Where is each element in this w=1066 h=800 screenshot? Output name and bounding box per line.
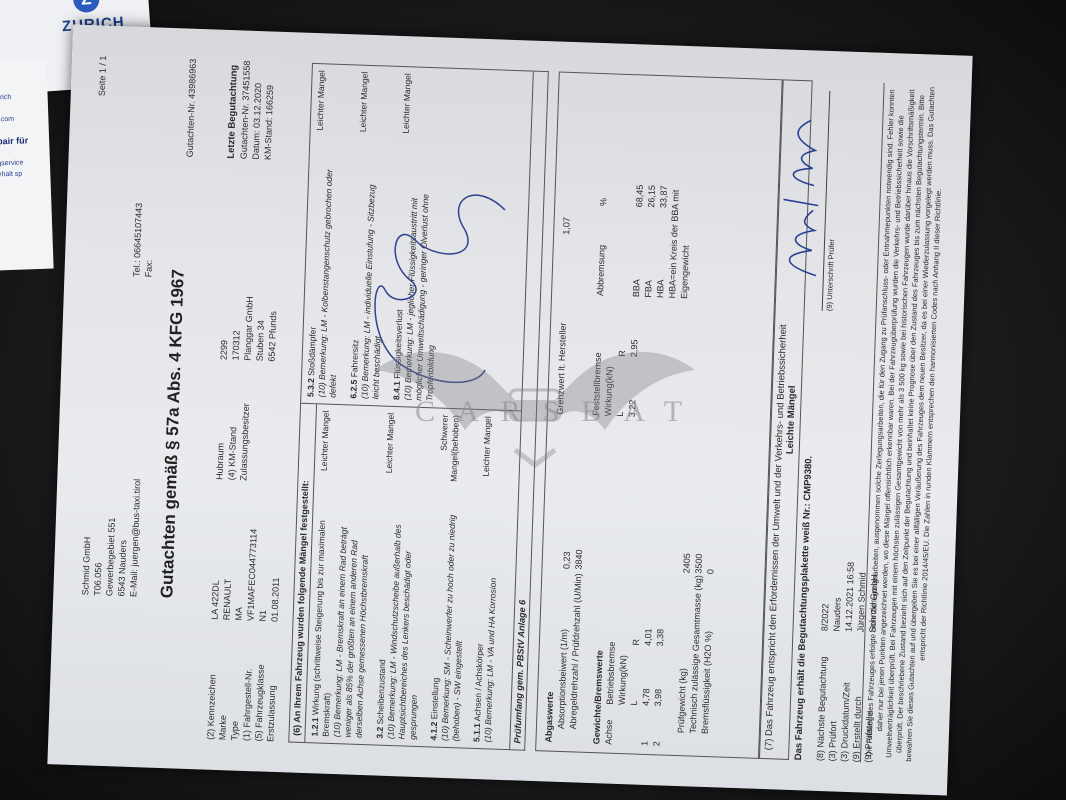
defect-severity: Leichter Mangel <box>357 72 393 158</box>
company-address: Schmid GmbH T06.056 Gewerbegebiet 551 65… <box>79 477 143 597</box>
defect-code: 5.1.1 <box>471 723 482 742</box>
defect-title: Einstellung <box>429 678 440 720</box>
defect-item: 4.1.2 Einstellung(10) Bemerkung: SM - Sc… <box>428 415 472 742</box>
defect-severity: Leichter Mangel <box>400 73 447 159</box>
signature-icon <box>771 99 832 281</box>
page-number: Seite 1 / 1 <box>97 55 108 96</box>
brake-right-value: 3,38 <box>654 586 668 646</box>
defect-item: 5.3.2 Stoßdämpfer(10) Bemerkung: LM - Ko… <box>305 70 349 398</box>
vehicle-values: LA 422DL RENAULT MA VF1MAFEC044773114 N1… <box>209 500 285 622</box>
measurements-left: Abgaswerte Absorptionsbeiwert (1/m)0,23 … <box>542 434 763 749</box>
defect-code: 5.3.2 <box>305 378 316 397</box>
limit-value: 1,07 <box>560 217 573 235</box>
rpm-value: 3840 <box>572 509 586 569</box>
defect-code: 3.2 <box>374 727 384 739</box>
defect-remark: (10) Bemerkung: LM - Kolbenstangenschutz… <box>316 169 338 398</box>
defect-code: 6.2.5 <box>348 379 359 398</box>
signature-area: (9) Unterschrift Prüfer <box>770 89 842 311</box>
defect-item: 8.4.1 Flüssigkeitsverlust(10) Bemerkung:… <box>391 73 446 401</box>
defect-remark: (10) Bemerkung: LM - VA und HA Korrosion <box>482 578 498 743</box>
defect-remark: (10) Bemerkung: SM - Scheinwerfer zu hoc… <box>439 515 463 742</box>
defect-code: 8.4.1 <box>391 381 402 400</box>
parking-brake-table: Feststellbremse Abbremsung % Wirkung(kN)… <box>590 82 698 419</box>
label-owner: Zulassungsbesitzer <box>237 381 252 481</box>
vehicle-values-2: 2299 170312 Planggar GmbH Stuben 34 6542… <box>218 260 293 362</box>
brake-left-value: 3,98 <box>652 646 666 706</box>
defect-code: 1.2.1 <box>309 717 320 736</box>
last-inspection-mileage: KM-Stand: 166259 <box>262 61 277 160</box>
defect-title: Stoßdämpfer <box>306 326 318 375</box>
defect-code: 4.1.2 <box>428 721 439 740</box>
defect-remark: (10) Bemerkung: LM - individuelle Einstu… <box>359 184 382 399</box>
limit-label: Grenzwert lt. Hersteller <box>554 234 572 414</box>
service-brake-table: Achse Betriebsbremse Wirkung(kN) LR 14,7… <box>602 436 673 746</box>
watermark-text: CARSBAT <box>415 395 704 429</box>
report-header: Seite 1 / 1 Schmid GmbH T06.056 Gewerbeg… <box>74 55 228 739</box>
label-first-registration: Erstzulassung <box>264 642 279 742</box>
defect-title: Fahrersitz <box>349 339 360 377</box>
defect-item: 5.1.1 Achsen / Achskörper(10) Bemerkung:… <box>471 416 504 743</box>
brake-fluid-value: 0 <box>704 514 718 574</box>
defects-left: (6) An Ihrem Fahrzeug wurden folgende Mä… <box>289 403 521 749</box>
defect-item: 3.2 Scheibenzustand(10) Bemerkung: LM - … <box>374 413 429 740</box>
axle-number: 2 <box>650 706 663 746</box>
zurich-logo-icon: Z <box>72 0 100 13</box>
defect-severity: Leichter Mangel <box>318 410 376 497</box>
defect-remark: (10) Bemerkung: LM - jeglicher Flüssigke… <box>402 194 436 402</box>
defect-item: 1.2.1 Wirkung (schrittweise Steigerung b… <box>309 410 375 738</box>
vehicle-labels-2: Hubraum (4) KM-Stand Zulassungsbesitzer <box>213 380 288 482</box>
defect-remark: (10) Bemerkung: LM - Bremskraft an einem… <box>331 527 369 738</box>
hba-note: HBA=ein Kreis der BBA mit Eigengewicht <box>666 148 695 299</box>
value-owner-city: 6542 Pfunds <box>266 262 281 362</box>
defect-item: 6.2.5 Fahrersitz(10) Bemerkung: LM - ind… <box>348 72 392 400</box>
vehicle-labels: (2) Kennzeichen Marke Type (1) Fahrgeste… <box>204 640 279 742</box>
measurements-right: Grenzwert lt. Hersteller1,07 Feststellbr… <box>554 81 776 422</box>
defects-right: 5.3.2 Stoßdämpfer(10) Bemerkung: LM - Ko… <box>301 64 533 410</box>
defect-remark: (10) Bemerkung: LM - Windschutzscheibe a… <box>385 524 419 740</box>
last-inspection: Letzte Begutachtung Gutachten-Nr. 374515… <box>225 60 300 161</box>
defect-title: Wirkung (schrittweise Steigerung bis zur… <box>310 520 332 737</box>
report-title: Gutachten gemäß § 57a Abs. 4 KFG 1967 <box>157 269 188 599</box>
company-contact: Tel.: 06645107443 Fax: <box>130 203 157 278</box>
report-number: Gutachten-Nr. 43986963 <box>185 59 198 158</box>
defect-severity: Leichter Mangel <box>314 70 350 156</box>
